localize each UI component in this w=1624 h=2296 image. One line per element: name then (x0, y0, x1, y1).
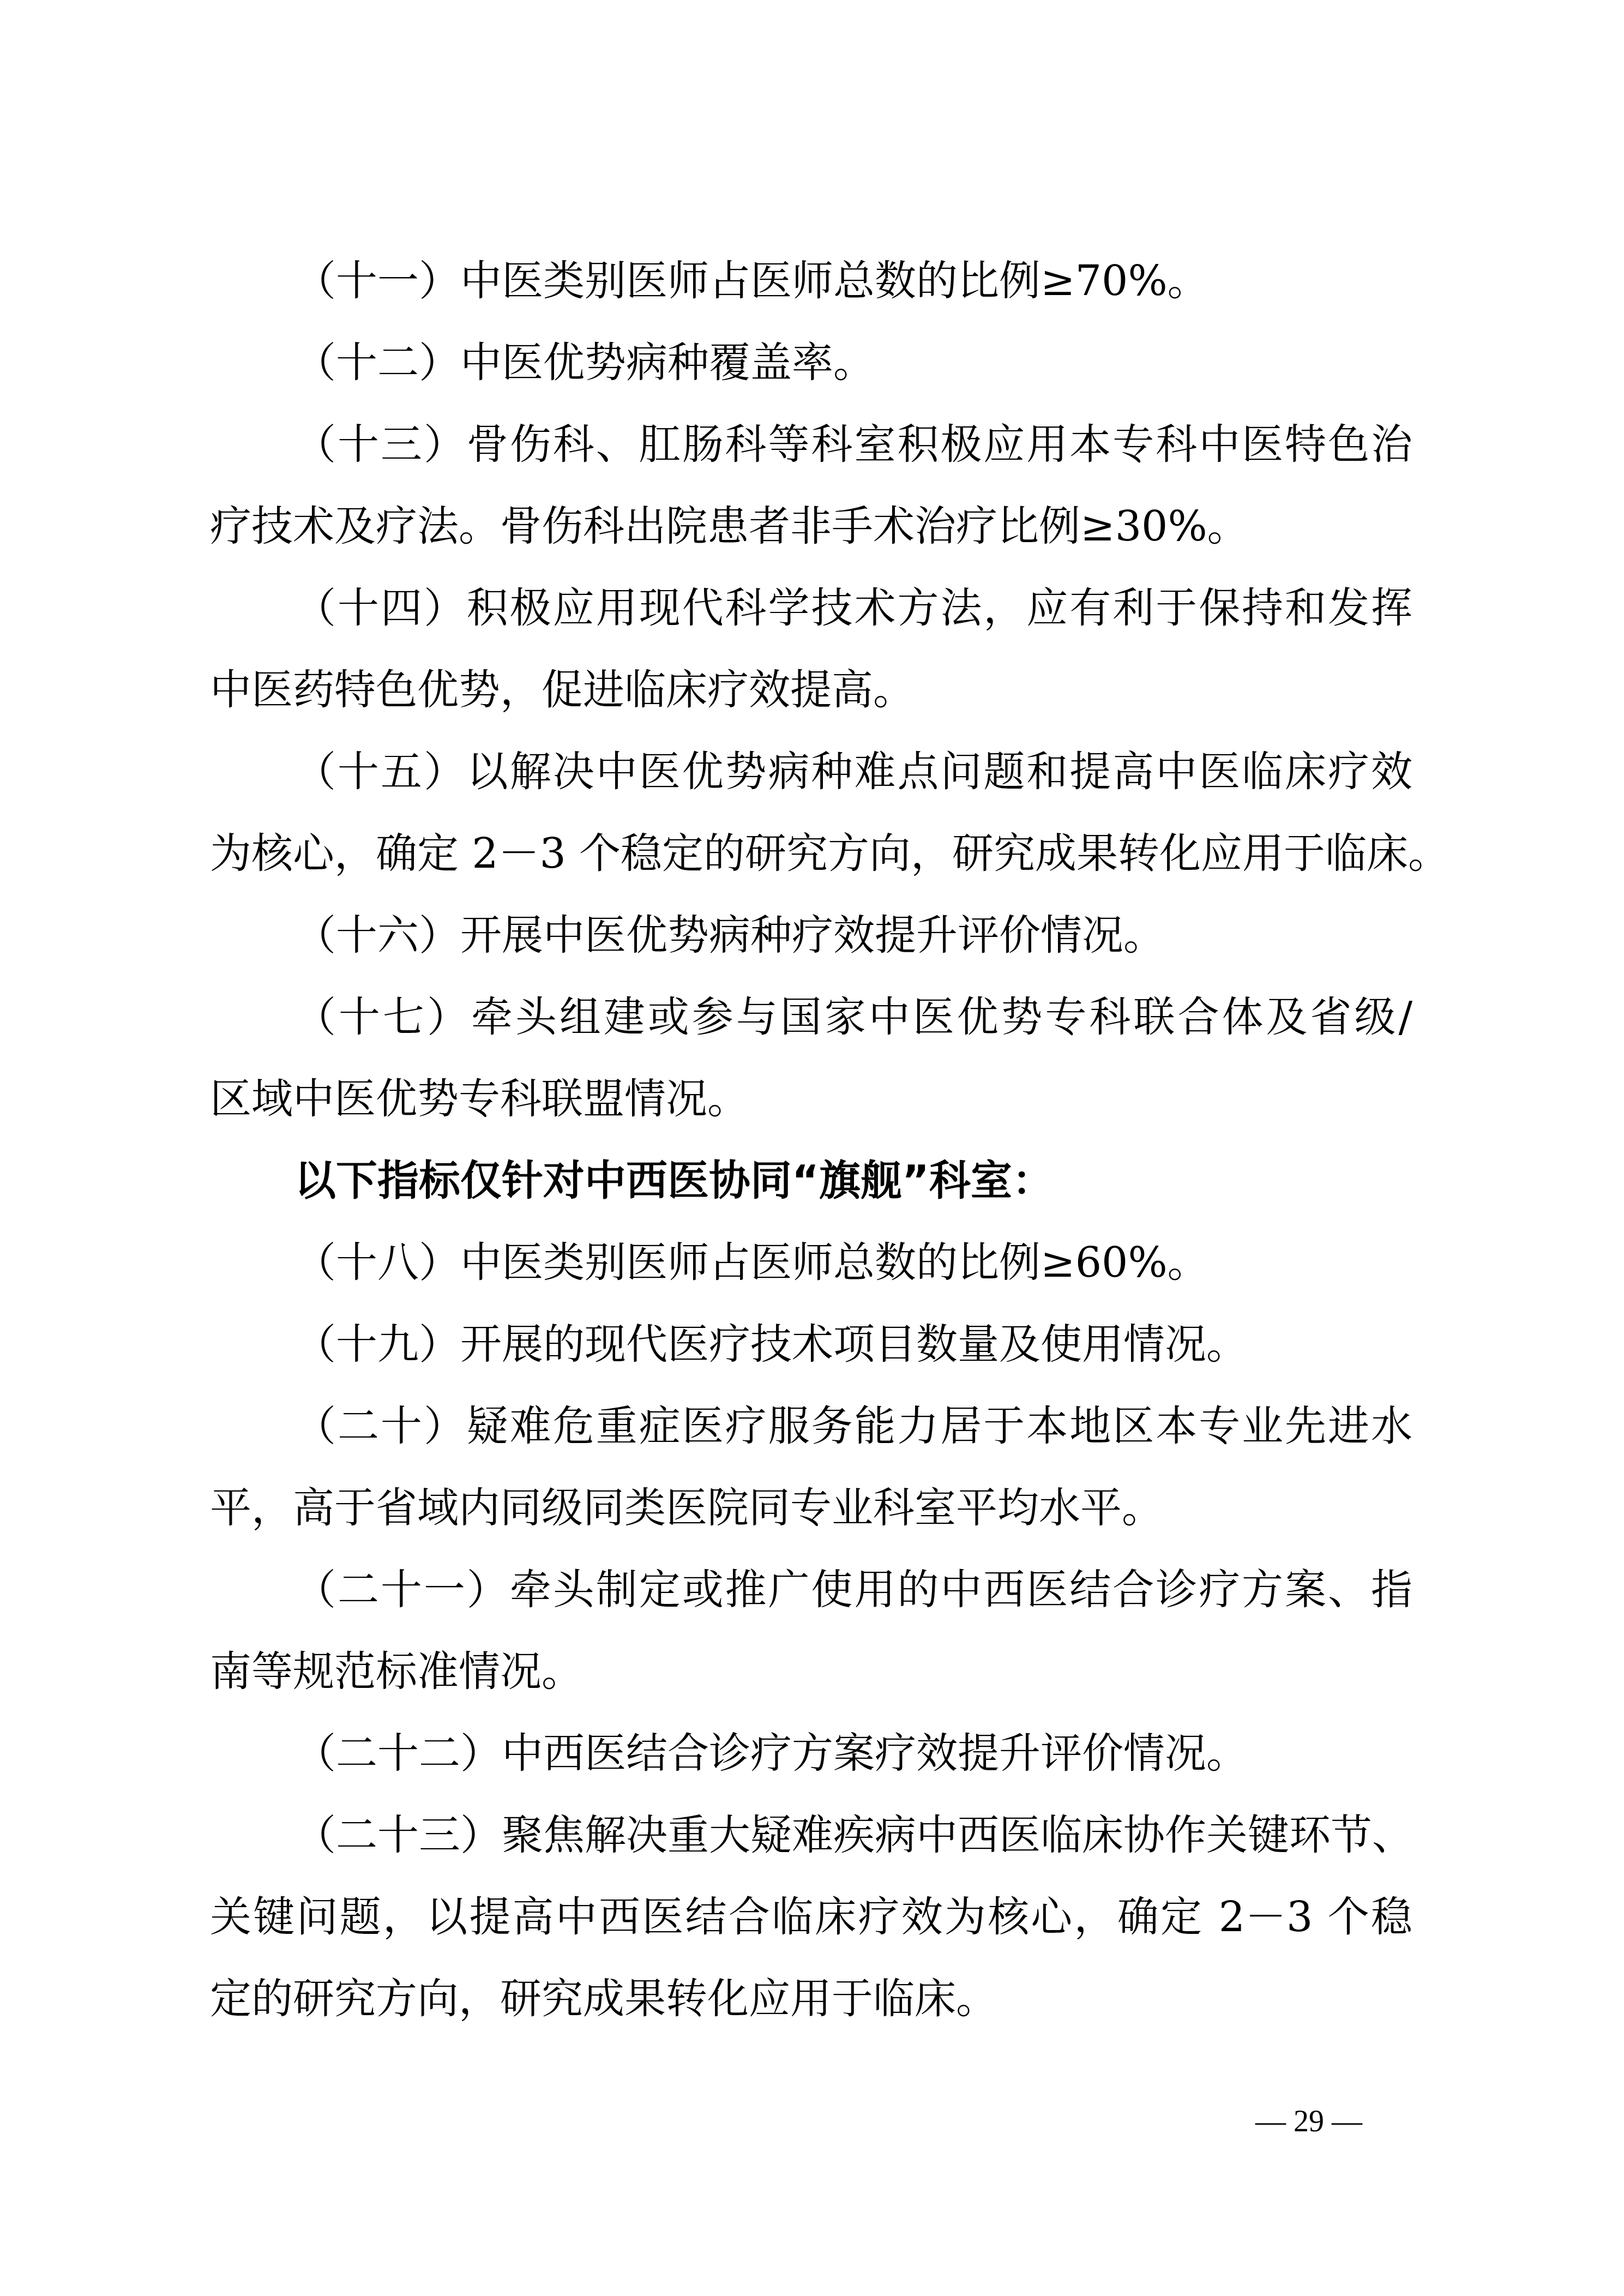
paragraph-line: （二十）疑难危重症医疗服务能力居于本地区本专业先进水 (210, 1385, 1412, 1467)
paragraph-line: （二十三）聚焦解决重大疑难疾病中西医临床协作关键环节、 (210, 1794, 1412, 1876)
paragraph-line: 疗技术及疗法。骨伤科出院患者非手术治疗比例≥30%。 (210, 485, 1412, 567)
paragraph-line: 为核心，确定 2－3 个稳定的研究方向，研究成果转化应用于临床。 (210, 813, 1412, 894)
paragraph-line: （十一）中医类别医师占医师总数的比例≥70%。 (210, 240, 1412, 322)
paragraph-line: 平，高于省域内同级同类医院同专业科室平均水平。 (210, 1467, 1412, 1549)
document-page: （十一）中医类别医师占医师总数的比例≥70%。 （十二）中医优势病种覆盖率。 （… (0, 0, 1624, 2296)
paragraph-line: （十三）骨伤科、肛肠科等科室积极应用本专科中医特色治 (210, 404, 1412, 485)
body-text: （十一）中医类别医师占医师总数的比例≥70%。 （十二）中医优势病种覆盖率。 （… (210, 240, 1412, 2040)
paragraph-line: 区域中医优势专科联盟情况。 (210, 1058, 1412, 1140)
paragraph-line: （十四）积极应用现代科学技术方法，应有利于保持和发挥 (210, 567, 1412, 649)
paragraph-line: （十二）中医优势病种覆盖率。 (210, 322, 1412, 404)
paragraph-line: 南等规范标准情况。 (210, 1631, 1412, 1712)
paragraph-line: 关键问题，以提高中西医结合临床疗效为核心，确定 2－3 个稳 (210, 1876, 1412, 1958)
paragraph-line: 中医药特色优势，促进临床疗效提高。 (210, 649, 1412, 731)
paragraph-line: （十九）开展的现代医疗技术项目数量及使用情况。 (210, 1303, 1412, 1385)
paragraph-line: （十七）牵头组建或参与国家中医优势专科联合体及省级/ (210, 976, 1412, 1058)
paragraph-line: （二十二）中西医结合诊疗方案疗效提升评价情况。 (210, 1712, 1412, 1794)
section-heading: 以下指标仅针对中西医协同“旗舰”科室： (210, 1140, 1412, 1222)
paragraph-line: 定的研究方向，研究成果转化应用于临床。 (210, 1958, 1412, 2040)
paragraph-line: （十五）以解决中医优势病种难点问题和提高中医临床疗效 (210, 731, 1412, 813)
paragraph-line: （十六）开展中医优势病种疗效提升评价情况。 (210, 894, 1412, 976)
paragraph-line: （十八）中医类别医师占医师总数的比例≥60%。 (210, 1222, 1412, 1303)
paragraph-line: （二十一）牵头制定或推广使用的中西医结合诊疗方案、指 (210, 1549, 1412, 1631)
page-number: — 29 — (1222, 2100, 1396, 2143)
